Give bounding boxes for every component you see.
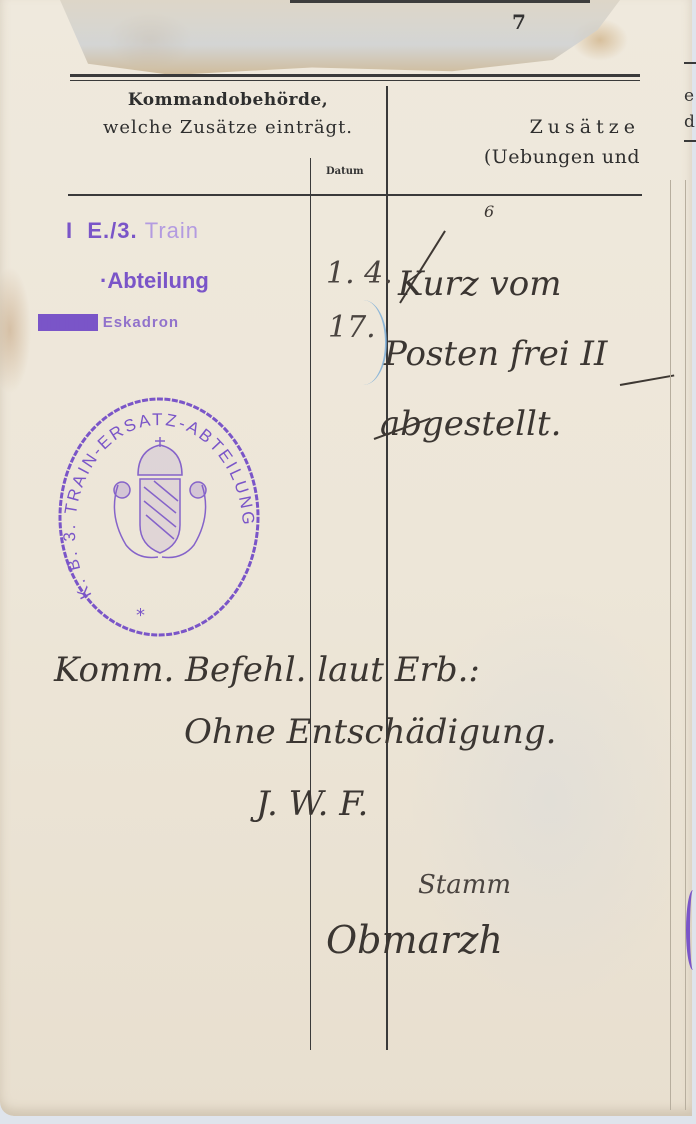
adjacent-page-stamp-fragment (686, 890, 696, 970)
entry-date-day-month: 1. 4. (326, 256, 393, 291)
header-datum: Datum (326, 166, 364, 177)
stamp-line-3: ▮▮▮▮▮▮ Eskadron (38, 313, 179, 331)
stamp-line-1: I E./3. Train (66, 218, 199, 244)
header-bottom-rule (68, 194, 642, 196)
svg-text:*: * (136, 605, 145, 626)
edge-rule-top (684, 62, 696, 64)
binding-edge (670, 180, 686, 1110)
oval-unit-seal-stamp: K. B. 3. TRAIN-ERSATZ-ABTEILUNG * (58, 395, 263, 640)
stamp-line-2: ·Abteilung (100, 268, 209, 294)
column-divider-datum-right (386, 86, 388, 1050)
header-welche-zusaetze: welche Zusätze einträgt. (68, 114, 388, 142)
edge-rule-bottom (684, 140, 696, 142)
entry-line-3: abgestellt. (380, 404, 561, 444)
entry-line-1: Kurz vom (398, 264, 561, 304)
footer-note-line-1: Komm. Befehl. laut Erb.: (54, 650, 480, 690)
header-right: Zusätze (Uebungen und (400, 112, 640, 172)
entry-date-year: 17. (328, 310, 376, 345)
edge-fragment-e: e (684, 86, 694, 106)
cross-out-stroke (620, 374, 675, 386)
document-page: 7 Kommandobehörde, welche Zusätze einträ… (0, 0, 692, 1116)
signature-line-2: Obmarzh (326, 918, 503, 962)
top-rule (290, 0, 590, 3)
signature-line-1: Stamm (418, 870, 511, 900)
header-top-rule (70, 74, 640, 77)
column-divider-datum-left (310, 158, 311, 1050)
edge-fragment-d: d (684, 112, 695, 132)
bavarian-crest-icon: K. B. 3. TRAIN-ERSATZ-ABTEILUNG * (58, 395, 263, 640)
header-top-rule-thin (70, 80, 640, 81)
footer-note-line-2: Ohne Entschädigung. (184, 712, 556, 752)
footer-note-line-3: J. W. F. (256, 784, 368, 824)
torn-top-damage (60, 0, 620, 75)
header-uebungen: (Uebungen und (400, 142, 640, 172)
page-number: 7 (512, 10, 526, 34)
header-left: Kommandobehörde, welche Zusätze einträgt… (68, 86, 388, 142)
entry-superscript: 6 (484, 202, 494, 221)
entry-line-2: Posten frei II (384, 334, 607, 374)
header-zusaetze: Zusätze (400, 112, 640, 142)
header-kommandobehoerde: Kommandobehörde, (68, 86, 388, 114)
